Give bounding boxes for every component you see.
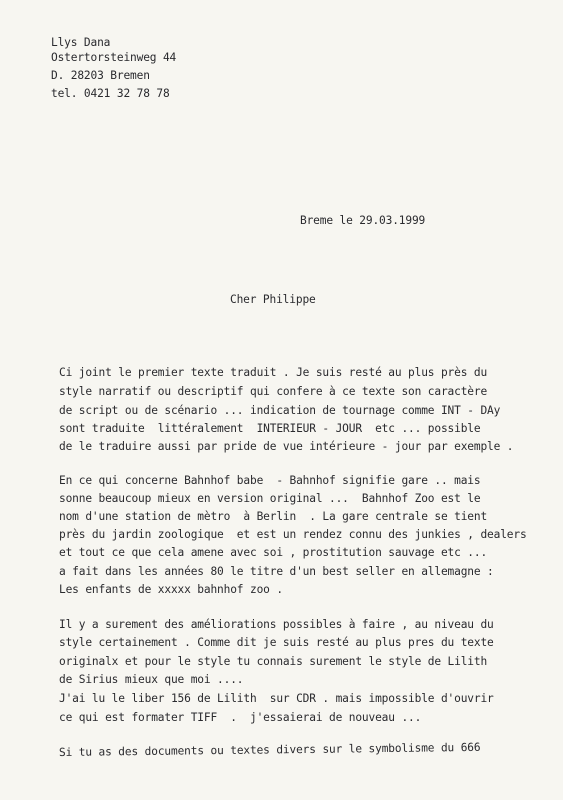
body-line: Il y a surement des améliorations possib… <box>59 618 494 631</box>
body-line: ce qui est formater TIFF . j'essaierai d… <box>59 711 421 724</box>
body-line: près du jardin zoologique et est un rend… <box>59 528 527 541</box>
body-line: de Sirius mieux que moi .... <box>59 673 243 686</box>
body-line: Ci joint le premier texte traduit . Je s… <box>59 366 487 379</box>
body-line: sonne beaucoup mieux en version original… <box>59 492 480 505</box>
sender-phone: tel. 0421 32 78 78 <box>51 87 170 100</box>
body-line: style narratif ou descriptif qui confere… <box>59 385 487 398</box>
body-line: sont traduite littéralement INTERIEUR - … <box>59 422 480 435</box>
body-line: Les enfants de xxxxx bahnhof zoo . <box>59 583 283 596</box>
sender-street: Ostertorsteinweg 44 <box>51 51 176 64</box>
body-line: originalx et pour le style tu connais su… <box>59 655 487 668</box>
body-line: a fait dans les années 80 le titre d'un … <box>59 565 494 578</box>
body-line: En ce qui concerne Bahnhof babe - Bahnho… <box>59 474 480 487</box>
body-line: de script ou de scénario ... indication … <box>59 404 500 417</box>
body-line: style certainement . Comme dit je suis r… <box>59 636 494 649</box>
body-line: J'ai lu le liber 156 de Lilith sur CDR .… <box>59 692 494 705</box>
body-line: de le traduire aussi par pride de vue in… <box>59 440 513 453</box>
letter-page: Llys Dana Ostertorsteinweg 44 D. 28203 B… <box>0 0 563 800</box>
body-line: Si tu as des documents ou textes divers … <box>59 741 481 759</box>
salutation: Cher Philippe <box>230 293 316 306</box>
sender-name: Llys Dana <box>51 36 110 49</box>
body-line: et tout ce que cela amene avec soi , pro… <box>59 546 487 559</box>
sender-city: D. 28203 Bremen <box>51 69 150 82</box>
body-line: nom d'une station de mètro à Berlin . La… <box>59 510 487 523</box>
date-line: Breme le 29.03.1999 <box>300 214 425 227</box>
